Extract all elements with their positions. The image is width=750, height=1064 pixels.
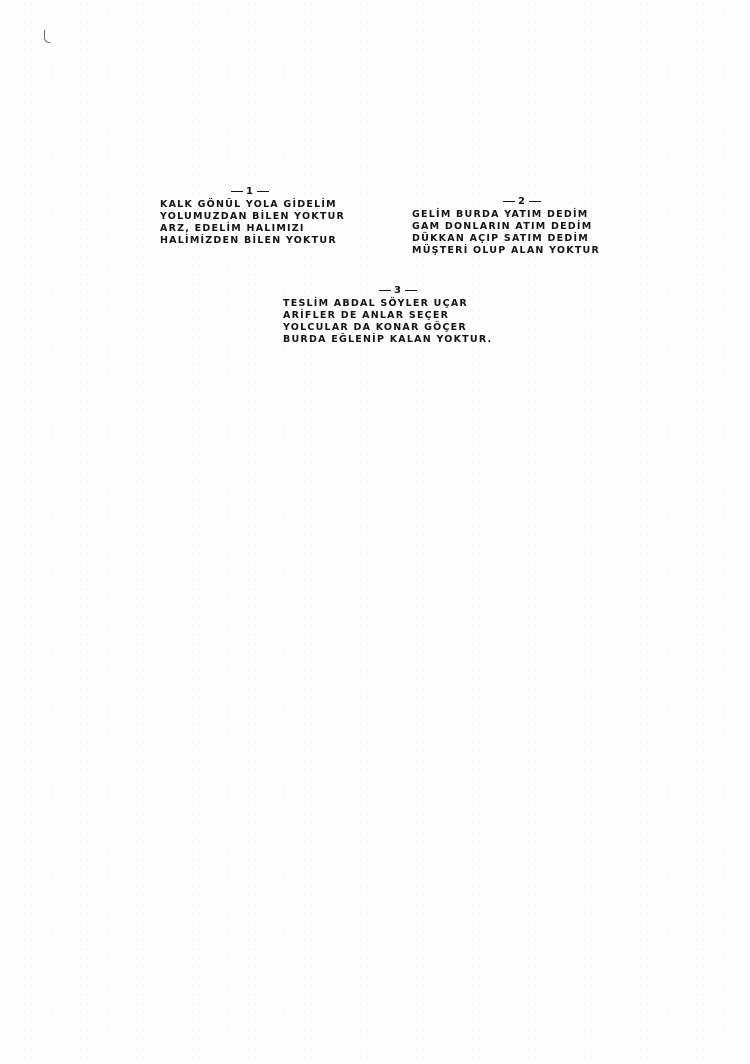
stanza-number-text: 1 xyxy=(246,186,254,197)
stanza-number-text: 3 xyxy=(394,285,402,296)
stanza-number: 3 xyxy=(283,285,513,296)
stanza-number: 1 xyxy=(160,186,350,197)
dash-right xyxy=(405,290,417,291)
dash-left xyxy=(231,191,243,192)
verse-line: TESLİM ABDAL SÖYLER UÇAR xyxy=(283,298,502,310)
stanza-1: 1 KALK GÖNÜL YOLA GİDELİM YOLUMUZDAN BİL… xyxy=(160,186,350,247)
verse-line: GAM DONLARIN ATIM DEDİM xyxy=(412,221,612,233)
verse-line: ARZ, EDELİM HALIMIZI xyxy=(160,223,341,235)
dash-left xyxy=(379,290,391,291)
dash-right xyxy=(257,191,269,192)
verse-line: MÜŞTERİ OLUP ALAN YOKTUR xyxy=(412,245,612,257)
verse-line: GELİM BURDA YATIM DEDİM xyxy=(412,209,612,221)
verse-line: KALK GÖNÜL YOLA GİDELİM xyxy=(160,199,341,211)
dash-left xyxy=(503,201,515,202)
verse-line: YOLUMUZDAN BİLEN YOKTUR xyxy=(160,211,341,223)
verse-line: DÜKKAN AÇIP SATIM DEDİM xyxy=(412,233,612,245)
paper-texture xyxy=(0,0,750,1064)
verse-line: HALİMİZDEN BİLEN YOKTUR xyxy=(160,235,341,247)
verse-line: BURDA EĞLENİP KALAN YOKTUR. xyxy=(283,334,502,346)
stanza-number-text: 2 xyxy=(518,196,526,207)
verse-line: YOLCULAR DA KONAR GÖÇER xyxy=(283,322,502,334)
stanza-number: 2 xyxy=(412,196,622,207)
verse-line: ARİFLER DE ANLAR SEÇER xyxy=(283,310,502,322)
dash-right xyxy=(529,201,541,202)
stanza-3: 3 TESLİM ABDAL SÖYLER UÇAR ARİFLER DE AN… xyxy=(283,285,513,346)
margin-mark xyxy=(44,30,50,43)
stanza-2: 2 GELİM BURDA YATIM DEDİM GAM DONLARIN A… xyxy=(412,196,622,257)
